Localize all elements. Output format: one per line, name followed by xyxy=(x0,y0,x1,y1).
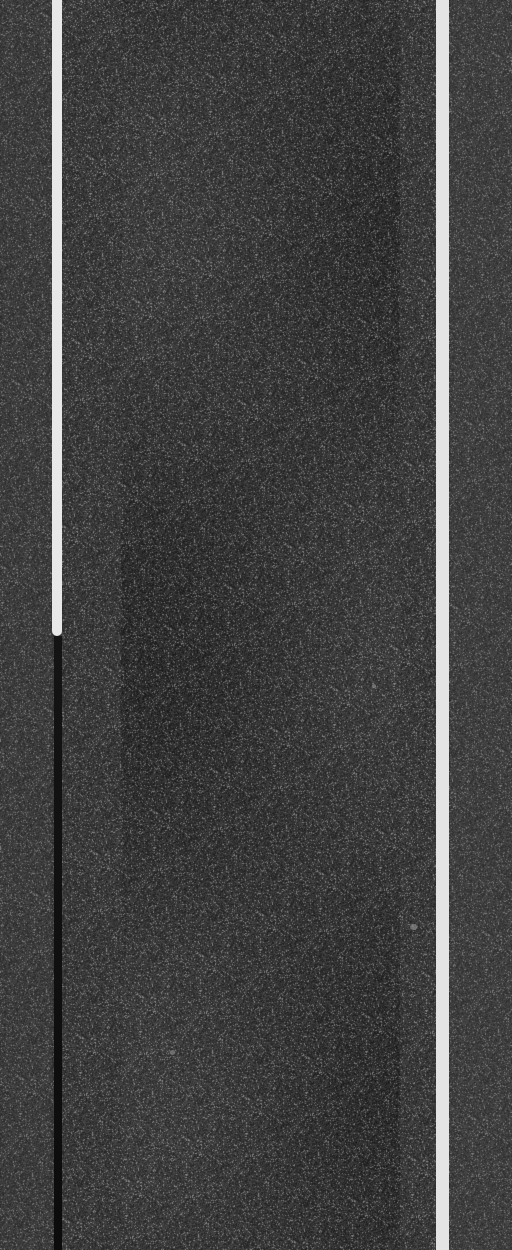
right-lane-marking xyxy=(436,0,449,1250)
surface-spot xyxy=(410,924,417,930)
left-edge-crack xyxy=(54,636,62,1250)
left-shoulder xyxy=(0,0,52,1250)
left-lane-marking xyxy=(52,0,62,636)
surface-spot xyxy=(170,1050,175,1055)
road-aerial-photo xyxy=(0,0,512,1250)
right-shoulder xyxy=(450,0,512,1250)
surface-spot xyxy=(372,684,376,688)
